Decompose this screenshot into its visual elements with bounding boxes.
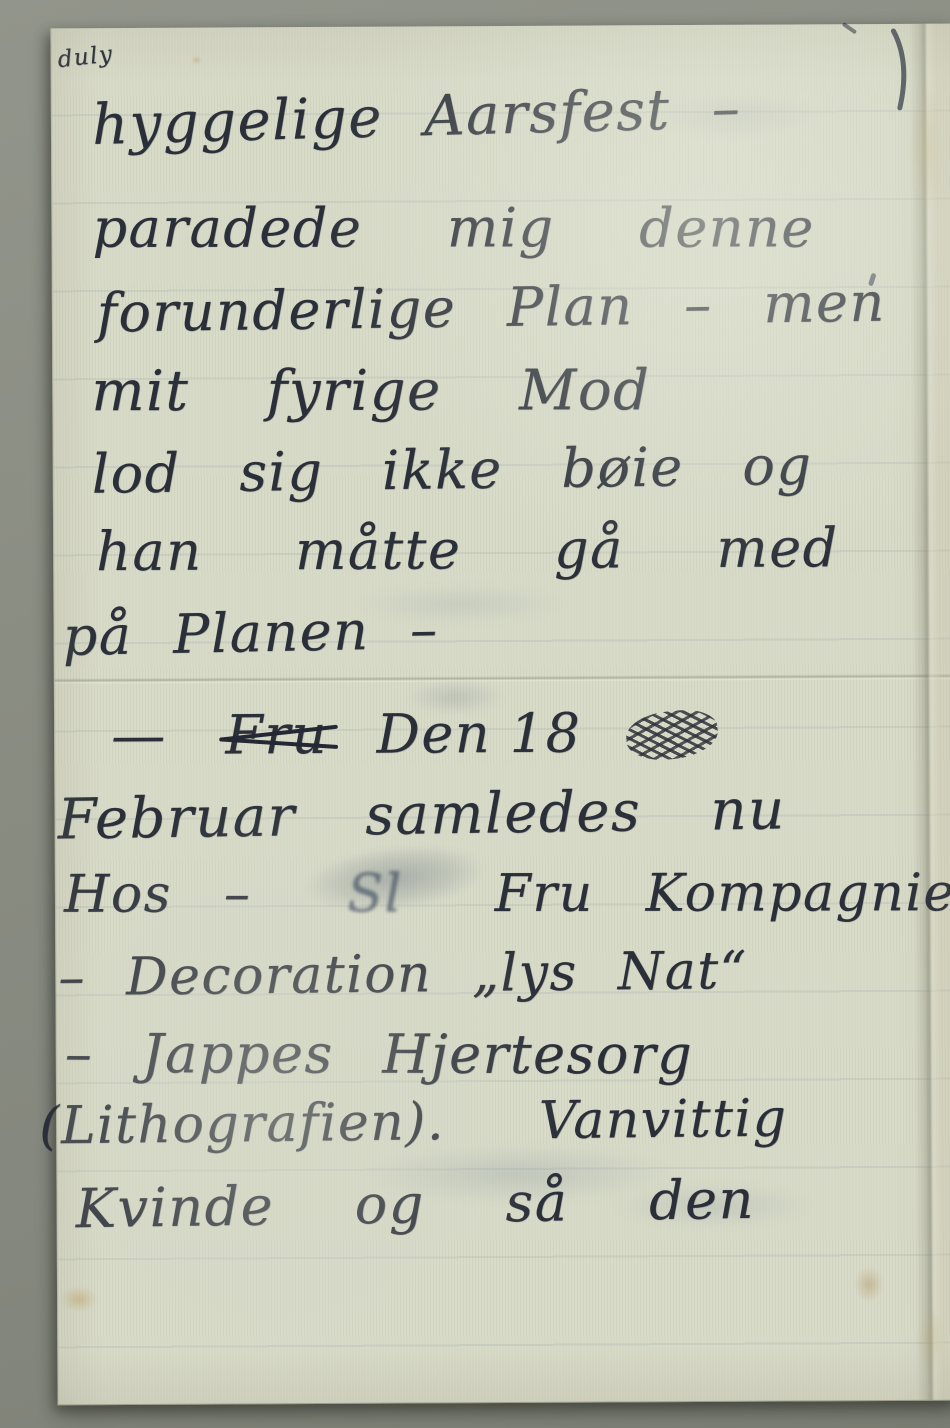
strikethrough-word: Fru: [225, 703, 328, 767]
handwritten-line-1: hyggelige Aarsfest –: [91, 76, 742, 158]
line-start: Hos –: [64, 864, 251, 924]
stain: [916, 1304, 944, 1374]
corner-note: duly: [56, 41, 114, 73]
handwritten-line-10: Hos – Sl Fru Kompagnies: [64, 863, 950, 925]
handwritten-line-6: han måtte gå med: [96, 516, 839, 583]
handwritten-line-2: paradede mig denne: [92, 196, 814, 259]
ink-stroke-mark: [879, 28, 923, 112]
paper-sheet: duly hyggelige Aarsfest – paradede mig d…: [50, 24, 950, 1406]
scan-backdrop: duly hyggelige Aarsfest – paradede mig d…: [0, 0, 950, 1428]
handwritten-line-11: – Decoration „lys Nat“: [58, 941, 748, 1008]
ink-dash-mark: [842, 22, 857, 34]
horizontal-fold-crease: [55, 674, 950, 685]
handwritten-line-7: på Planen –: [62, 598, 439, 668]
handwritten-line-12: – Jappes Hjertesorg: [65, 1022, 693, 1086]
line-rest: Fru Kompagnies: [495, 863, 950, 924]
handwritten-line-5: lod sig ikke bøie og: [91, 434, 812, 506]
date-text: Den 18: [376, 702, 581, 766]
handwritten-line-13: (Lithografien). Vanvittig: [39, 1089, 788, 1157]
smudged-word: Sl: [347, 864, 402, 924]
handwritten-line-14: Kvinde og så den: [75, 1168, 755, 1240]
stain: [854, 1266, 884, 1302]
stain: [60, 1286, 98, 1312]
handwritten-line-3: forunderlige Plan – men: [96, 271, 886, 345]
dash: —: [111, 704, 167, 767]
handwritten-line-8: — Fru Den 18: [111, 701, 718, 767]
handwritten-line-9: Februar samledes nu: [57, 777, 786, 852]
handwritten-line-4: mit fyrige Mod: [91, 358, 650, 424]
scribbled-out-word: [624, 707, 720, 763]
stain: [192, 56, 202, 65]
